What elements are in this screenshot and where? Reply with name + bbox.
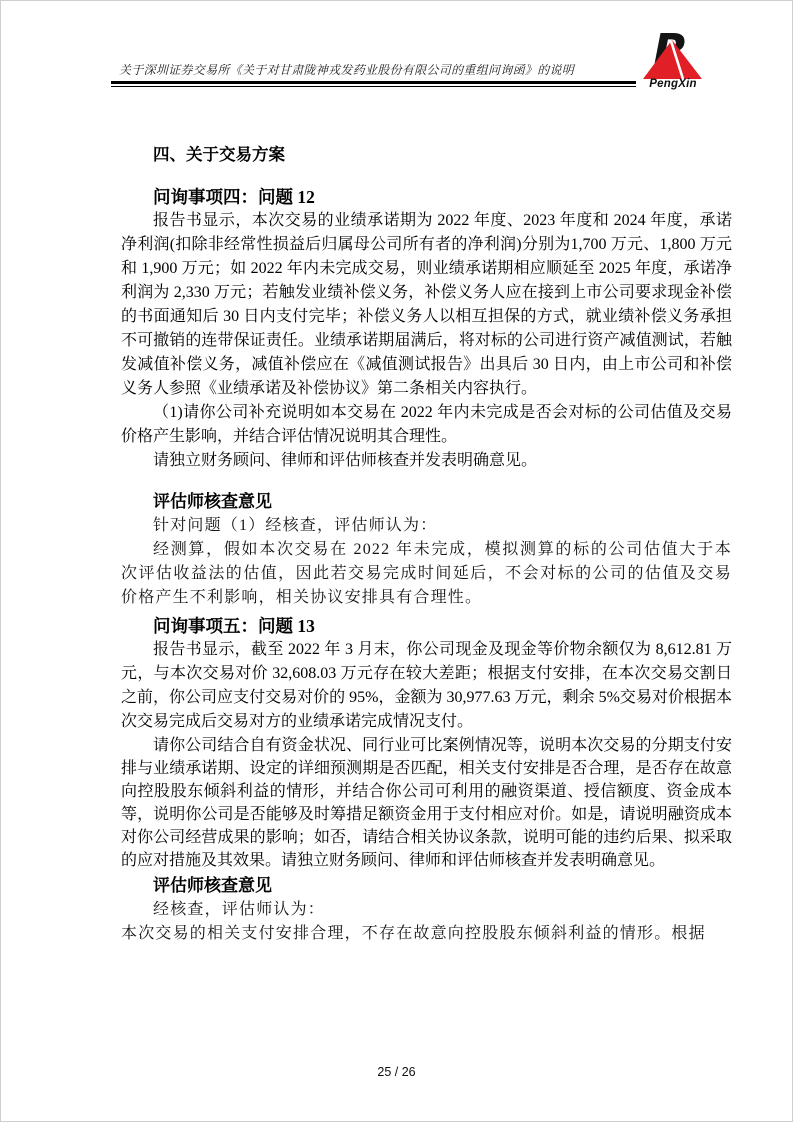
section-title: 四、关于交易方案 [121,143,732,166]
inquiry4-paragraph-2: （1)请你公司补充说明如本交易在 2022 年内未完成是否会对标的公司估值及交易… [121,401,732,449]
company-logo: R PengXin [636,27,710,90]
inquiry4-paragraph-1: 报告书显示，本次交易的业绩承诺期为 2022 年度、2023 年度和 2024 … [121,209,732,401]
document-page: 关于深圳证券交易所《关于对甘肃陇神戎发药业股份有限公司的重组问询函》的说明 R … [0,0,793,1122]
logo-mark-icon: R [640,27,706,85]
header-rule-thin [111,86,636,87]
header-rule-thick [111,81,636,84]
inquiry5-heading: 问询事项五：问题 13 [121,614,732,638]
verifier-opinion-heading-1: 评估师核查意见 [121,490,732,514]
logo-text: PengXin [636,78,710,91]
verifier-opinion-heading-2: 评估师核查意见 [121,874,732,898]
header-title: 关于深圳证券交易所《关于对甘肃陇神戎发药业股份有限公司的重组问询函》的说明 [119,61,639,78]
inquiry4-paragraph-3: 请独立财务顾问、律师和评估师核查并发表明确意见。 [121,449,732,473]
verifier-paragraph-4: 本次交易的相关支付安排合理，不存在故意向控股股东倾斜利益的情形。根据 [121,922,732,946]
inquiry5-paragraph-1: 报告书显示，截至 2022 年 3 月末，你公司现金及现金等价物余额仅为 8,6… [121,638,732,734]
verifier-paragraph-2: 经测算，假如本次交易在 2022 年未完成，模拟测算的标的公司估值大于本次评估收… [121,538,732,610]
inquiry4-heading: 问询事项四：问题 12 [121,185,732,209]
document-body: 四、关于交易方案 问询事项四：问题 12 报告书显示，本次交易的业绩承诺期为 2… [121,131,732,946]
inquiry5-paragraph-2: 请你公司结合自有资金状况、同行业可比案例情况等，说明本次交易的分期支付安排与业绩… [121,734,732,872]
header-rule [111,81,636,87]
page-footer: 25 / 26 [1,1065,792,1079]
verifier-paragraph-1: 针对问题（1）经核查，评估师认为： [121,514,732,538]
verifier-paragraph-3: 经核查，评估师认为： [121,898,732,922]
page-number: 25 / 26 [377,1065,415,1079]
